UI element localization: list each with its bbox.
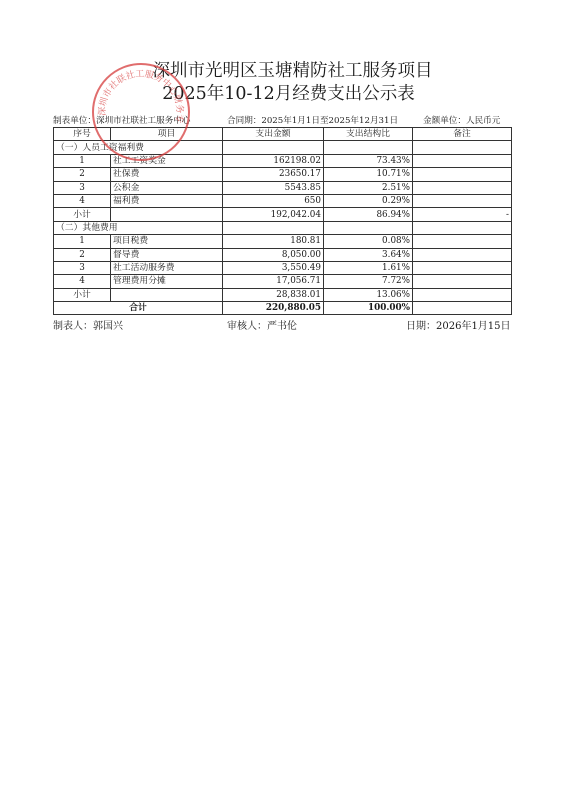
subtotal-label: 小计 bbox=[54, 208, 111, 221]
document-title: 深圳市光明区玉塘精防社工服务项目 bbox=[0, 57, 565, 82]
row-item: 项目税费 bbox=[111, 235, 223, 248]
row-ratio: 0.08% bbox=[324, 235, 413, 248]
section-row: （二）其他费用 bbox=[54, 221, 512, 234]
subtotal-ratio: 86.94% bbox=[324, 208, 413, 221]
row-item: 社工活动服务费 bbox=[111, 261, 223, 274]
subtotal-label: 小计 bbox=[54, 288, 111, 301]
row-item: 福利费 bbox=[111, 194, 223, 207]
row-note bbox=[413, 248, 512, 261]
row-no: 1 bbox=[54, 154, 111, 167]
row-item: 管理费用分摊 bbox=[111, 275, 223, 288]
row-amount: 3,550.49 bbox=[223, 261, 324, 274]
row-amount: 650 bbox=[223, 194, 324, 207]
subtotal-note bbox=[413, 288, 512, 301]
row-amount: 8,050.00 bbox=[223, 248, 324, 261]
row-ratio: 0.29% bbox=[324, 194, 413, 207]
row-ratio: 2.51% bbox=[324, 181, 413, 194]
report-date: 日期：2026年1月15日 bbox=[406, 317, 511, 332]
header-amount: 支出金额 bbox=[223, 128, 324, 141]
row-amount: 162198.02 bbox=[223, 154, 324, 167]
amount-unit: 金额单位：人民币元 bbox=[423, 114, 500, 126]
total-note bbox=[413, 302, 512, 315]
header-ratio: 支出结构比 bbox=[324, 128, 413, 141]
prepared-by-unit: 制表单位：深圳市社联社工服务中心 bbox=[53, 114, 191, 126]
row-note bbox=[413, 181, 512, 194]
reviewed-by: 审核人：严书伦 bbox=[227, 317, 297, 332]
row-item: 公积金 bbox=[111, 181, 223, 194]
document-subtitle: 2025年10-12月经费支出公示表 bbox=[0, 80, 565, 105]
subtotal-note: - bbox=[413, 208, 512, 221]
table-header-row: 序号 项目 支出金额 支出结构比 备注 bbox=[54, 128, 512, 141]
row-amount: 17,056.71 bbox=[223, 275, 324, 288]
row-ratio: 1.61% bbox=[324, 261, 413, 274]
table-row: 3 公积金 5543.85 2.51% bbox=[54, 181, 512, 194]
row-no: 4 bbox=[54, 275, 111, 288]
section-row: （一）人员工资福利费 bbox=[54, 141, 512, 154]
row-amount: 23650.17 bbox=[223, 168, 324, 181]
row-no: 4 bbox=[54, 194, 111, 207]
row-no: 1 bbox=[54, 235, 111, 248]
table-row: 1 社工工资奖金 162198.02 73.43% bbox=[54, 154, 512, 167]
row-ratio: 73.43% bbox=[324, 154, 413, 167]
row-no: 2 bbox=[54, 248, 111, 261]
table-row: 4 管理费用分摊 17,056.71 7.72% bbox=[54, 275, 512, 288]
subtotal-ratio: 13.06% bbox=[324, 288, 413, 301]
total-row: 合计 220,880.05 100.00% bbox=[54, 302, 512, 315]
section-label: （一）人员工资福利费 bbox=[54, 141, 223, 154]
table-row: 2 督导费 8,050.00 3.64% bbox=[54, 248, 512, 261]
row-note bbox=[413, 261, 512, 274]
row-note bbox=[413, 194, 512, 207]
prepared-by: 制表人：郭国兴 bbox=[53, 317, 123, 332]
row-note bbox=[413, 168, 512, 181]
row-note bbox=[413, 154, 512, 167]
row-item: 社保费 bbox=[111, 168, 223, 181]
table-row: 2 社保费 23650.17 10.71% bbox=[54, 168, 512, 181]
row-note bbox=[413, 275, 512, 288]
expense-table: 序号 项目 支出金额 支出结构比 备注 （一）人员工资福利费 1 社工工资奖金 … bbox=[53, 127, 512, 315]
subtotal-amount: 192,042.04 bbox=[223, 208, 324, 221]
row-item: 社工工资奖金 bbox=[111, 154, 223, 167]
subtotal-amount: 28,838.01 bbox=[223, 288, 324, 301]
row-note bbox=[413, 235, 512, 248]
row-ratio: 3.64% bbox=[324, 248, 413, 261]
row-item: 督导费 bbox=[111, 248, 223, 261]
row-no: 3 bbox=[54, 181, 111, 194]
row-ratio: 7.72% bbox=[324, 275, 413, 288]
table-row: 4 福利费 650 0.29% bbox=[54, 194, 512, 207]
total-amount: 220,880.05 bbox=[223, 302, 324, 315]
subtotal-row: 小计 192,042.04 86.94% - bbox=[54, 208, 512, 221]
header-item: 项目 bbox=[111, 128, 223, 141]
total-ratio: 100.00% bbox=[324, 302, 413, 315]
table-row: 3 社工活动服务费 3,550.49 1.61% bbox=[54, 261, 512, 274]
row-no: 2 bbox=[54, 168, 111, 181]
contract-period: 合同期：2025年1月1日至2025年12月31日 bbox=[227, 114, 398, 126]
row-amount: 5543.85 bbox=[223, 181, 324, 194]
row-ratio: 10.71% bbox=[324, 168, 413, 181]
row-no: 3 bbox=[54, 261, 111, 274]
table-row: 1 项目税费 180.81 0.08% bbox=[54, 235, 512, 248]
header-note: 备注 bbox=[413, 128, 512, 141]
subtotal-row: 小计 28,838.01 13.06% bbox=[54, 288, 512, 301]
section-label: （二）其他费用 bbox=[54, 221, 223, 234]
total-label: 合计 bbox=[54, 302, 223, 315]
row-amount: 180.81 bbox=[223, 235, 324, 248]
header-no: 序号 bbox=[54, 128, 111, 141]
